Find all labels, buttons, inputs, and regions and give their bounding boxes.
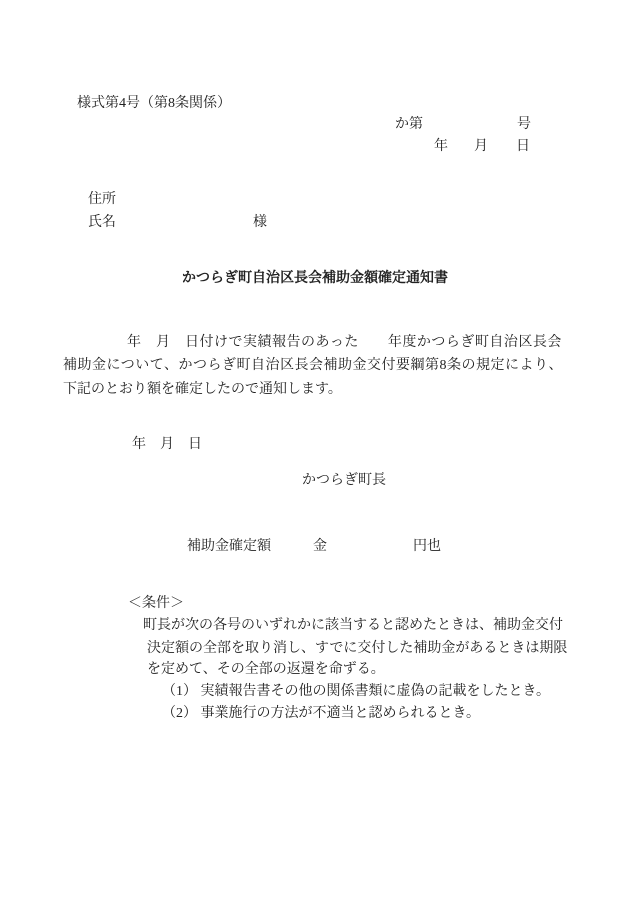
amount-currency-prefix: 金 xyxy=(313,539,327,554)
name-label: 氏名 xyxy=(88,215,116,230)
recipient-name-line: 氏名 様 xyxy=(0,215,630,275)
condition-item-1: （1） 実績報告書その他の関係書類に虚偽の記載をしたとき。 xyxy=(162,684,550,699)
document-title: かつらぎ町自治区長会補助金額確定通知書 xyxy=(0,271,630,286)
conditions-line-3: を定めて、その全部の返還を命ずる。 xyxy=(147,662,385,677)
doc-number-prefix: か第 xyxy=(395,117,423,132)
doc-number-suffix: 号 xyxy=(517,117,531,132)
body-paragraph-line-3: 下記のとおり額を確定したので通知します。 xyxy=(63,382,342,397)
body-paragraph-line-1: 年 月 日付けで実績報告のあった 年度かつらぎ町自治区長会 xyxy=(127,335,562,350)
amount-label: 補助金確定額 xyxy=(187,539,271,554)
body-paragraph-line-2: 補助金について、かつらぎ町自治区長会補助金交付要綱第8条の規定により、 xyxy=(63,358,563,373)
amount-line: 補助金確定額 金 円也 xyxy=(0,539,630,614)
notice-date-day-label: 日 xyxy=(188,437,202,452)
notice-date-month-label: 月 xyxy=(160,437,174,452)
form-number: 様式第4号（第8条関係） xyxy=(77,96,231,111)
conditions-line-2: 決定額の全部を取り消し、すでに交付した補助金があるときは期限 xyxy=(147,641,567,656)
condition-item-2: （2） 事業施行の方法が不適当と認められるとき。 xyxy=(162,706,480,721)
issue-date-day-label: 日 xyxy=(516,139,530,154)
amount-currency-suffix: 円也 xyxy=(413,539,441,554)
notice-date-year-label: 年 xyxy=(132,437,146,452)
document-page: 様式第4号（第8条関係） か第 号 年 月 日 住所 氏名 様 かつらぎ町自治区… xyxy=(0,0,630,903)
issue-date-year-label: 年 xyxy=(434,139,448,154)
conditions-line-1: 町長が次の各号のいずれかに該当すると認めたときは、補助金交付 xyxy=(143,618,563,633)
mayor-signature: かつらぎ町長 xyxy=(302,473,386,488)
honorific-label: 様 xyxy=(253,215,267,230)
conditions-heading: ＜条件＞ xyxy=(128,596,184,611)
issue-date-month-label: 月 xyxy=(474,139,488,154)
address-label: 住所 xyxy=(88,192,116,207)
